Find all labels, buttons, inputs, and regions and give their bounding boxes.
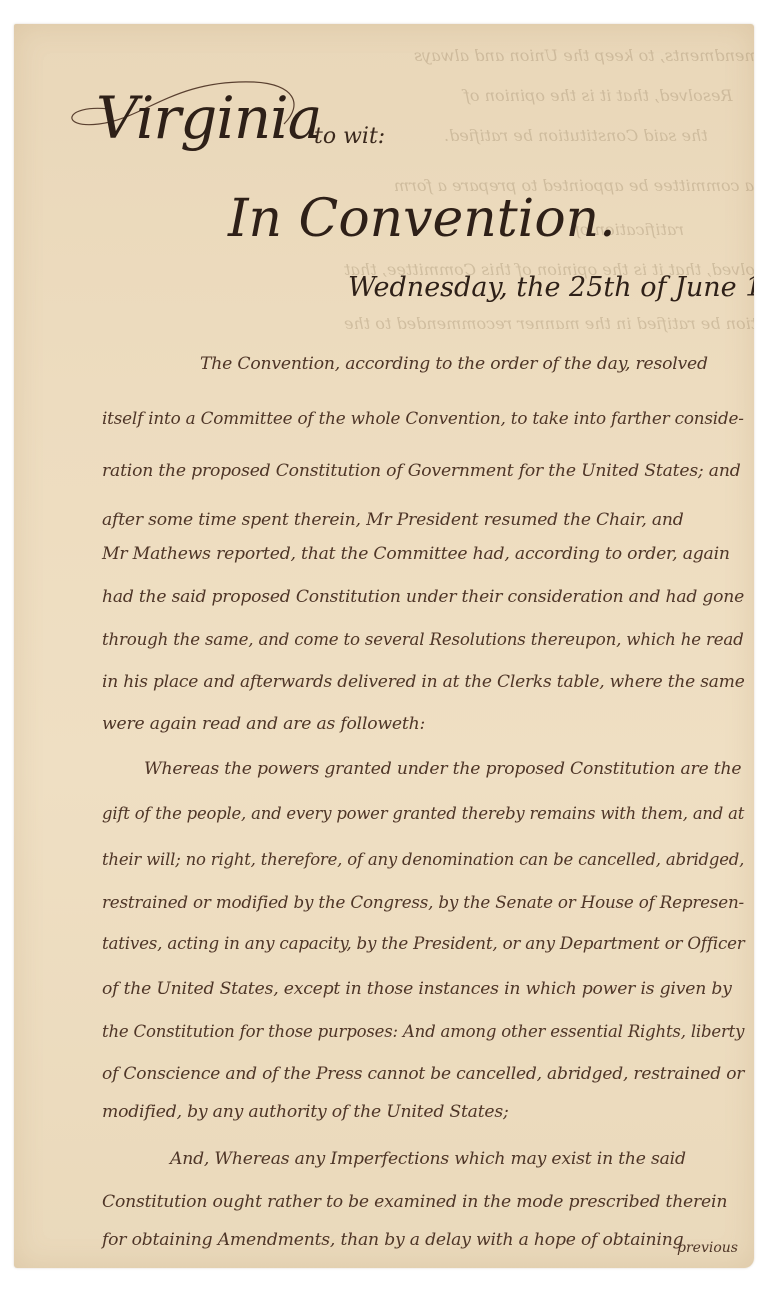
text-line: for obtaining Amendments, than by a dela… — [102, 1230, 683, 1250]
bleed-through-line: the Constitution be ratified in the mann… — [344, 314, 754, 333]
heading-in-convention: In Convention. — [228, 189, 616, 249]
heading-date: Wednesday, the 25th of June 1788. — [348, 272, 754, 303]
text-line: Mr Mathews reported, that the Committee … — [102, 544, 730, 564]
text-line: gift of the people, and every power gran… — [102, 804, 744, 824]
text-line: of the United States, except in those in… — [102, 979, 732, 999]
heading-to-wit: to wit: — [314, 124, 385, 149]
bleed-through-line: future Amendments, to keep the Union and… — [414, 46, 754, 65]
text-line: itself into a Committee of the whole Con… — [102, 409, 744, 429]
text-line: The Convention, according to the order o… — [200, 354, 708, 374]
heading-place: Virginia — [96, 84, 321, 152]
bleed-through-line: Resolved, that it is the opinion of — [464, 86, 733, 105]
text-line: ration the proposed Constitution of Gove… — [102, 461, 741, 481]
text-line: the Constitution for those purposes: And… — [102, 1022, 744, 1042]
text-line: through the same, and come to several Re… — [102, 630, 744, 650]
text-line: were again read and are as followeth: — [102, 714, 425, 734]
manuscript-page: future Amendments, to keep the Union and… — [14, 24, 754, 1268]
text-line: tatives, acting in any capacity, by the … — [102, 934, 745, 954]
text-line: And, Whereas any Imperfections which may… — [170, 1149, 686, 1169]
text-line: of Conscience and of the Press cannot be… — [102, 1064, 744, 1084]
text-line: Constitution ought rather to be examined… — [102, 1192, 727, 1212]
bleed-through-line: the said Constitution be ratified. — [444, 126, 708, 145]
text-line: had the said proposed Constitution under… — [102, 587, 744, 607]
text-line: restrained or modified by the Congress, … — [102, 893, 744, 913]
text-line: after some time spent therein, Mr Presid… — [102, 510, 684, 530]
text-line: their will; no right, therefore, of any … — [102, 850, 744, 870]
text-line: Whereas the powers granted under the pro… — [144, 759, 741, 779]
catchword: previous — [677, 1240, 738, 1256]
text-line: in his place and afterwards delivered in… — [102, 672, 745, 692]
text-line: modified, by any authority of the United… — [102, 1102, 509, 1122]
